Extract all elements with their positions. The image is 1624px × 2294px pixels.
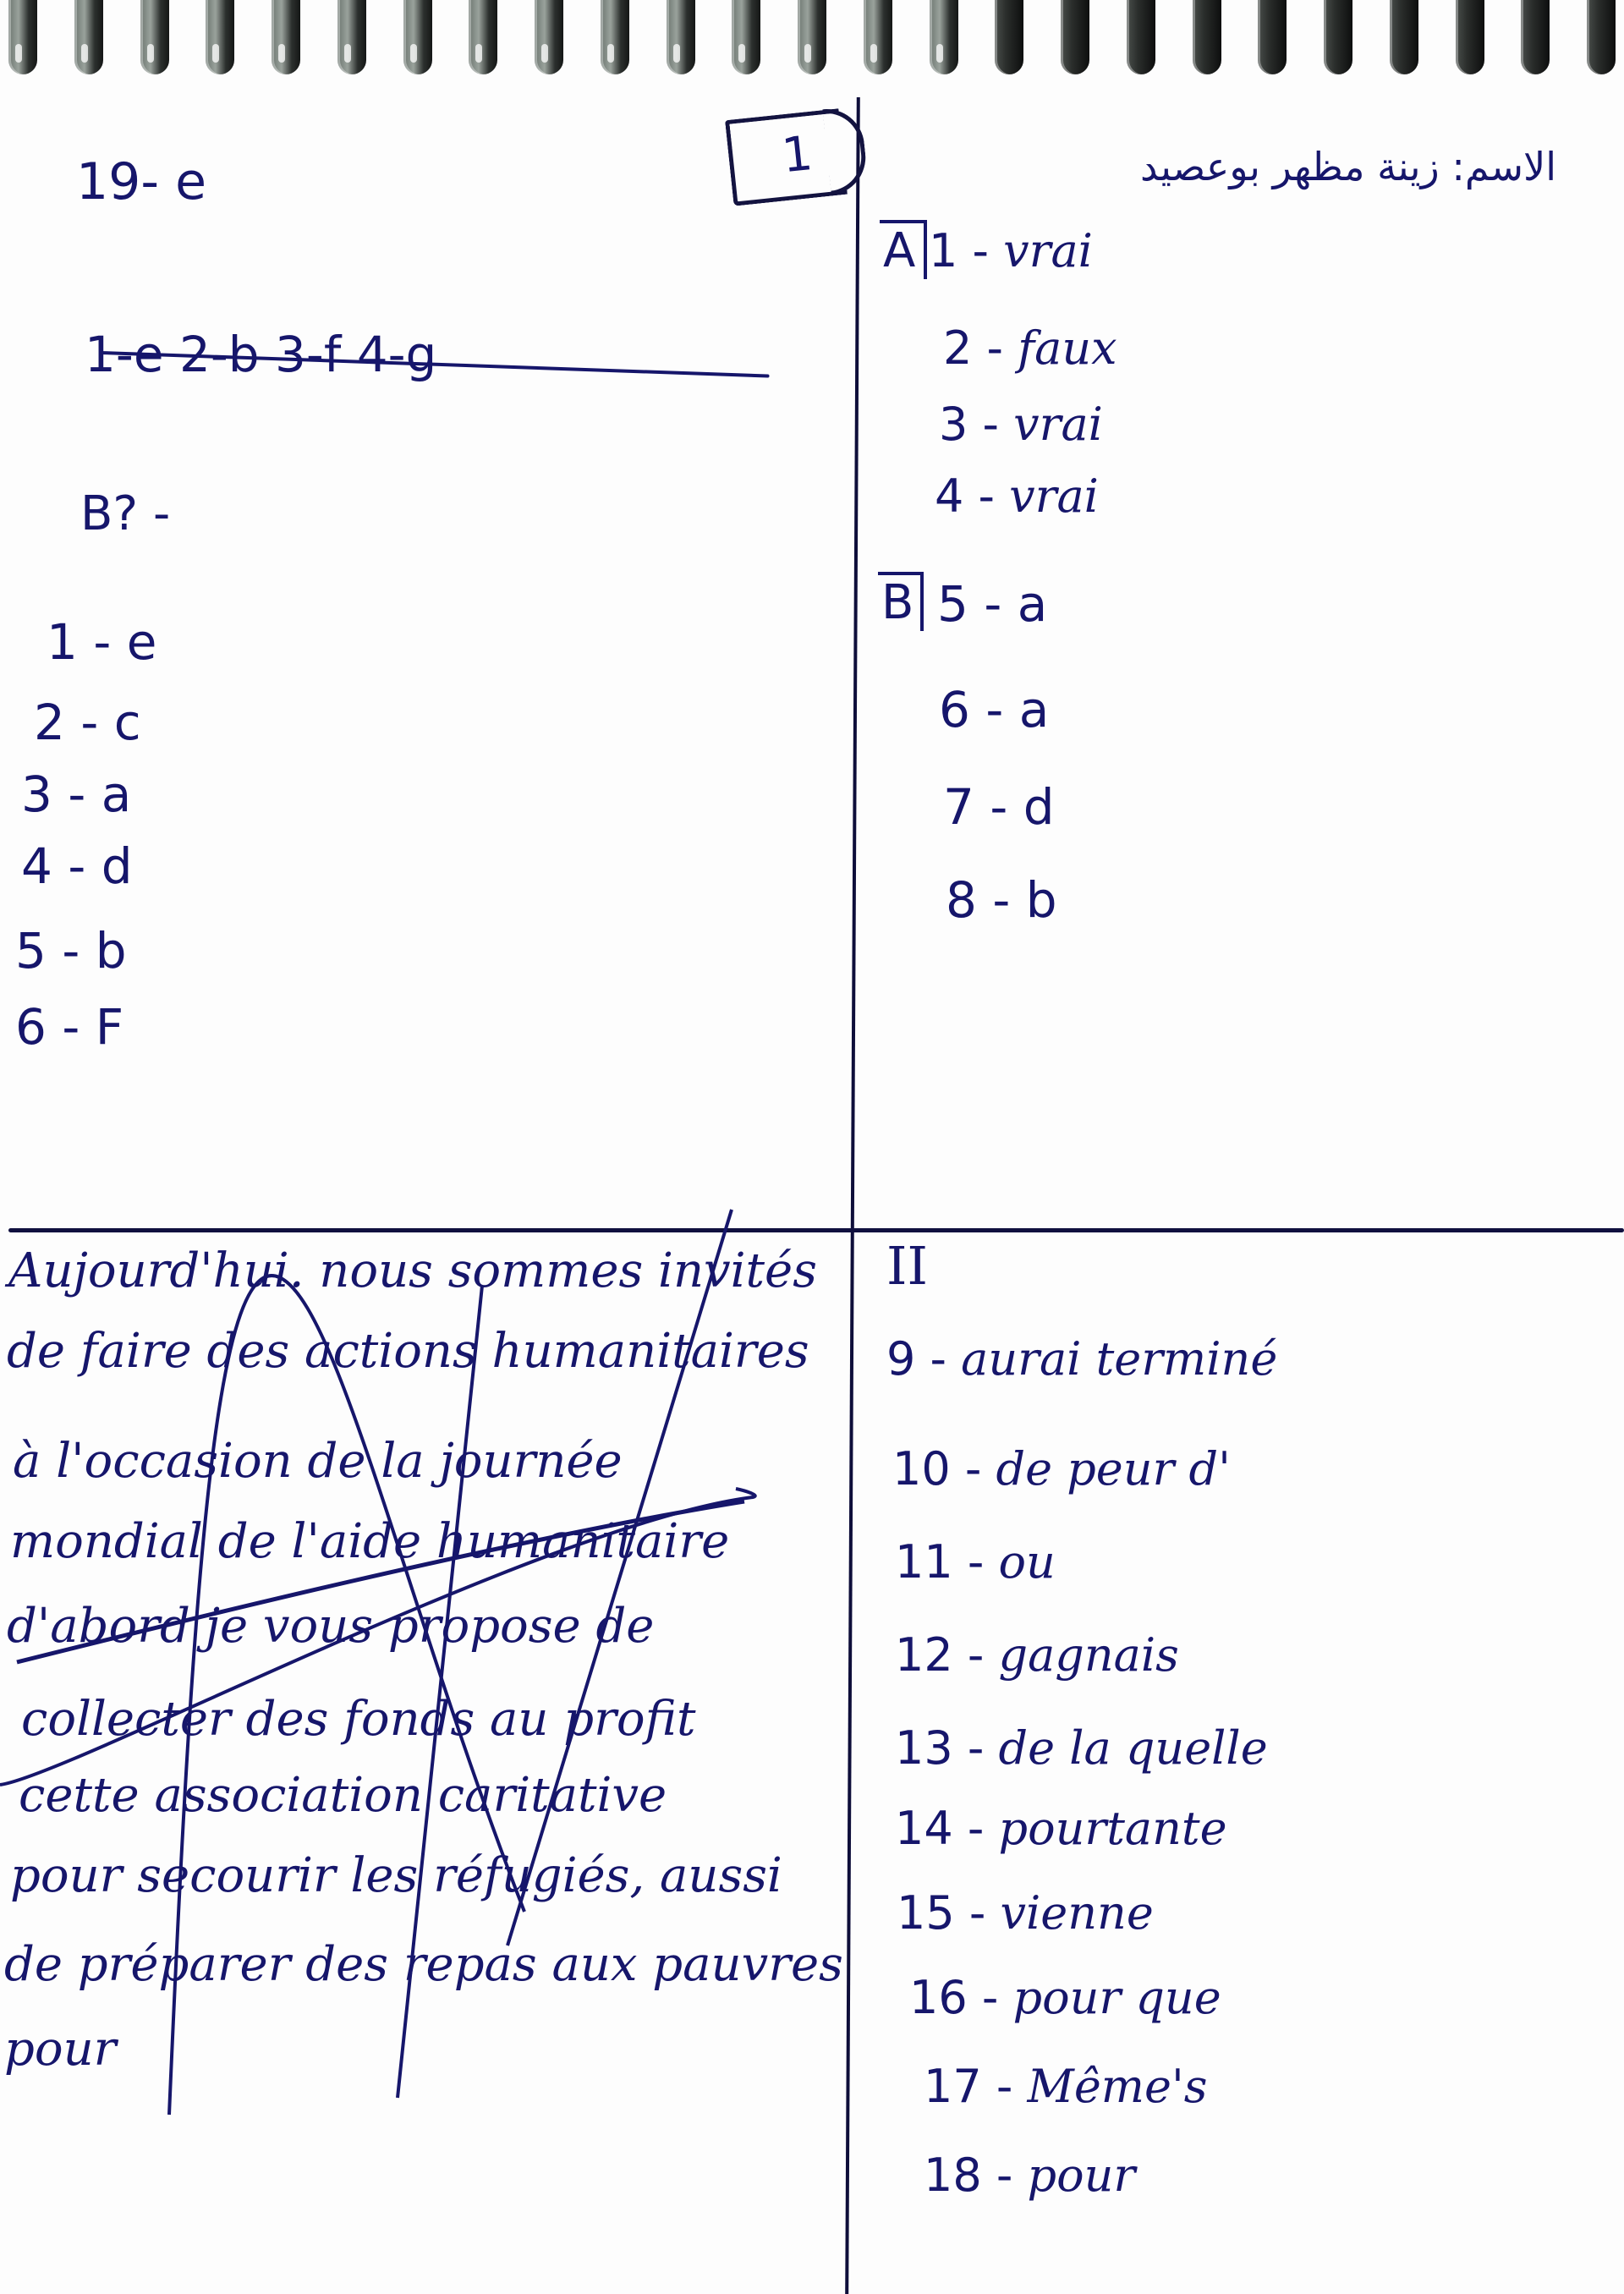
question-number: 1 - [47, 613, 127, 671]
top-left-answer-6: 6 - F [15, 998, 123, 1056]
answer-text: a [101, 766, 132, 823]
spiral-ring [403, 0, 432, 74]
spiral-ring [1587, 0, 1616, 74]
section-b-answer-8: 8 - b [946, 871, 1057, 929]
spiral-ring [732, 0, 760, 74]
answer-text: pour que [1013, 1971, 1221, 2024]
top-left-answer-5: 5 - b [15, 922, 127, 980]
question-number: 8 - [946, 871, 1026, 929]
essay-line: pour secourir les réfugiés, aussi [10, 1848, 782, 1903]
spiral-ring [601, 0, 629, 74]
spiral-ring [74, 0, 103, 74]
answer-text: a [1019, 681, 1050, 738]
question-number: 10 - [892, 1442, 996, 1495]
spiral-ring [1521, 0, 1550, 74]
section-b-answer-7: 7 - d [943, 778, 1055, 836]
spiral-ring [272, 0, 300, 74]
spiral-ring [8, 0, 37, 74]
answer-text: d [1023, 778, 1055, 836]
question-number: 5 - [15, 922, 96, 980]
spiral-ring [1193, 0, 1221, 74]
question-number: 14 - [895, 1802, 999, 1855]
answer-text: Même's [1028, 2060, 1208, 2113]
spiral-ring [337, 0, 366, 74]
essay-line: de préparer des repas aux pauvres [4, 1937, 843, 1992]
spiral-ring [930, 0, 958, 74]
section-a-answer-2: 2 - faux [943, 321, 1117, 375]
spiral-ring [535, 0, 563, 74]
question-number: 12 - [895, 1628, 999, 1682]
answer-text: c [114, 694, 141, 751]
top-left-answer-2: 2 - c [34, 694, 141, 751]
answer-text: d [101, 837, 133, 895]
essay-line: mondial de l'aide humanitaire [10, 1514, 729, 1569]
answer-text: gagnais [999, 1628, 1179, 1682]
section-number: 1 [779, 126, 815, 184]
answer-text: de la quelle [999, 1721, 1268, 1775]
question-number: 4 - [21, 837, 101, 895]
question-number: 17 - [924, 2060, 1028, 2113]
answer-text: vrai [1013, 398, 1103, 451]
section-ii-answer-16: 16 - pour que [909, 1971, 1221, 2024]
section-ii-answer-9: 9 - aurai terminé [886, 1332, 1277, 1386]
answer-text: b [1026, 871, 1057, 929]
spiral-ring [1127, 0, 1155, 74]
section-ii-answer-12: 12 - gagnais [895, 1628, 1179, 1682]
section-a-answer-3: 3 - vrai [939, 398, 1103, 451]
section-ii-answer-11: 11 - ou [895, 1535, 1056, 1589]
spiral-ring [1456, 0, 1484, 74]
spiral-binding [0, 0, 1624, 93]
section-a-answer-1: 1 - vrai [929, 224, 1093, 277]
section-b-answer-5: 5 - a [937, 575, 1047, 633]
question-number: 13 - [895, 1721, 999, 1775]
spiral-ring [1390, 0, 1418, 74]
answer-text: vrai [1009, 469, 1099, 523]
section-ii-answer-15: 15 - vienne [897, 1886, 1154, 1940]
spiral-ring [469, 0, 497, 74]
essay-line: d'abord je vous propose de [7, 1599, 654, 1654]
spiral-ring [798, 0, 826, 74]
spiral-ring [864, 0, 892, 74]
answer-text: b [96, 922, 127, 980]
vertical-divider [845, 97, 860, 2294]
question-number: 7 - [943, 778, 1023, 836]
answer-text: vienne [1001, 1886, 1154, 1940]
answer-text: aurai terminé [961, 1332, 1277, 1386]
section-b-answer-6: 6 - a [939, 681, 1049, 738]
spiral-ring [1061, 0, 1089, 74]
section-b-label-left: B? - [80, 486, 170, 541]
question-number: 18 - [924, 2149, 1028, 2202]
section-a-answer-4: 4 - vrai [935, 469, 1099, 523]
horizontal-divider [8, 1228, 1624, 1232]
section-ii-answer-14: 14 - pourtante [895, 1802, 1227, 1855]
question-number: 6 - [939, 681, 1019, 738]
essay-line: Aujourd'hui. nous sommes invités [8, 1243, 817, 1298]
question-number: 15 - [897, 1886, 1001, 1940]
answer-text: pour [1028, 2149, 1136, 2202]
answer-text: e [127, 613, 157, 671]
answer-text: faux [1018, 321, 1116, 375]
spiral-ring [206, 0, 234, 74]
answer-text: vrai [1003, 224, 1093, 277]
section-ii-label: II [886, 1235, 928, 1297]
section-ii-answer-13: 13 - de la quelle [895, 1721, 1268, 1775]
section-b-label-right: B [878, 572, 924, 631]
answer-text: de peur d' [996, 1442, 1231, 1495]
student-name: الاسم: زينة مظهر بوعصيد [1140, 144, 1556, 189]
essay-line: de faire des actions humanitaires [7, 1324, 809, 1379]
spiral-ring [1258, 0, 1287, 74]
question-number: 4 - [935, 469, 1009, 523]
question-number: 9 - [886, 1332, 961, 1386]
section-ii-answer-17: 17 - Même's [924, 2060, 1208, 2113]
top-left-answer-1: 1 - e [47, 613, 156, 671]
question-number: 11 - [895, 1535, 999, 1589]
question-number: 3 - [939, 398, 1013, 451]
question-number: 1 - [929, 224, 1003, 277]
section-a-label: A [880, 220, 927, 279]
essay-line: pour [4, 2022, 116, 2077]
question-number: 16 - [909, 1971, 1013, 2024]
question-number: 6 - [15, 998, 96, 1056]
question-number: 5 - [937, 575, 1018, 633]
top-left-answer-4: 4 - d [21, 837, 133, 895]
spiral-ring [140, 0, 169, 74]
answer-text: ou [999, 1535, 1056, 1589]
question-number: 3 - [21, 766, 101, 823]
section-number-box: 1 [725, 108, 848, 206]
top-left-answer-3: 3 - a [21, 766, 131, 823]
question-number: 2 - [943, 321, 1018, 375]
answer-text: F [96, 998, 123, 1056]
essay-line: cette association caritative [19, 1768, 667, 1823]
spiral-ring [667, 0, 695, 74]
section-ii-answer-18: 18 - pour [924, 2149, 1135, 2202]
struck-out-answers: 1-e 2-b 3-f 4-g [85, 326, 1624, 383]
spiral-ring [995, 0, 1023, 74]
answer-text: a [1018, 575, 1048, 633]
section-ii-answer-10: 10 - de peur d' [892, 1442, 1231, 1495]
spiral-ring [1324, 0, 1352, 74]
essay-line: collecter des fonds au profit [21, 1692, 695, 1747]
question-number: 2 - [34, 694, 114, 751]
answer-text: pourtante [999, 1802, 1227, 1855]
item-19: 19- e [76, 152, 206, 211]
essay-line: à l'occasion de la journée [13, 1434, 623, 1489]
